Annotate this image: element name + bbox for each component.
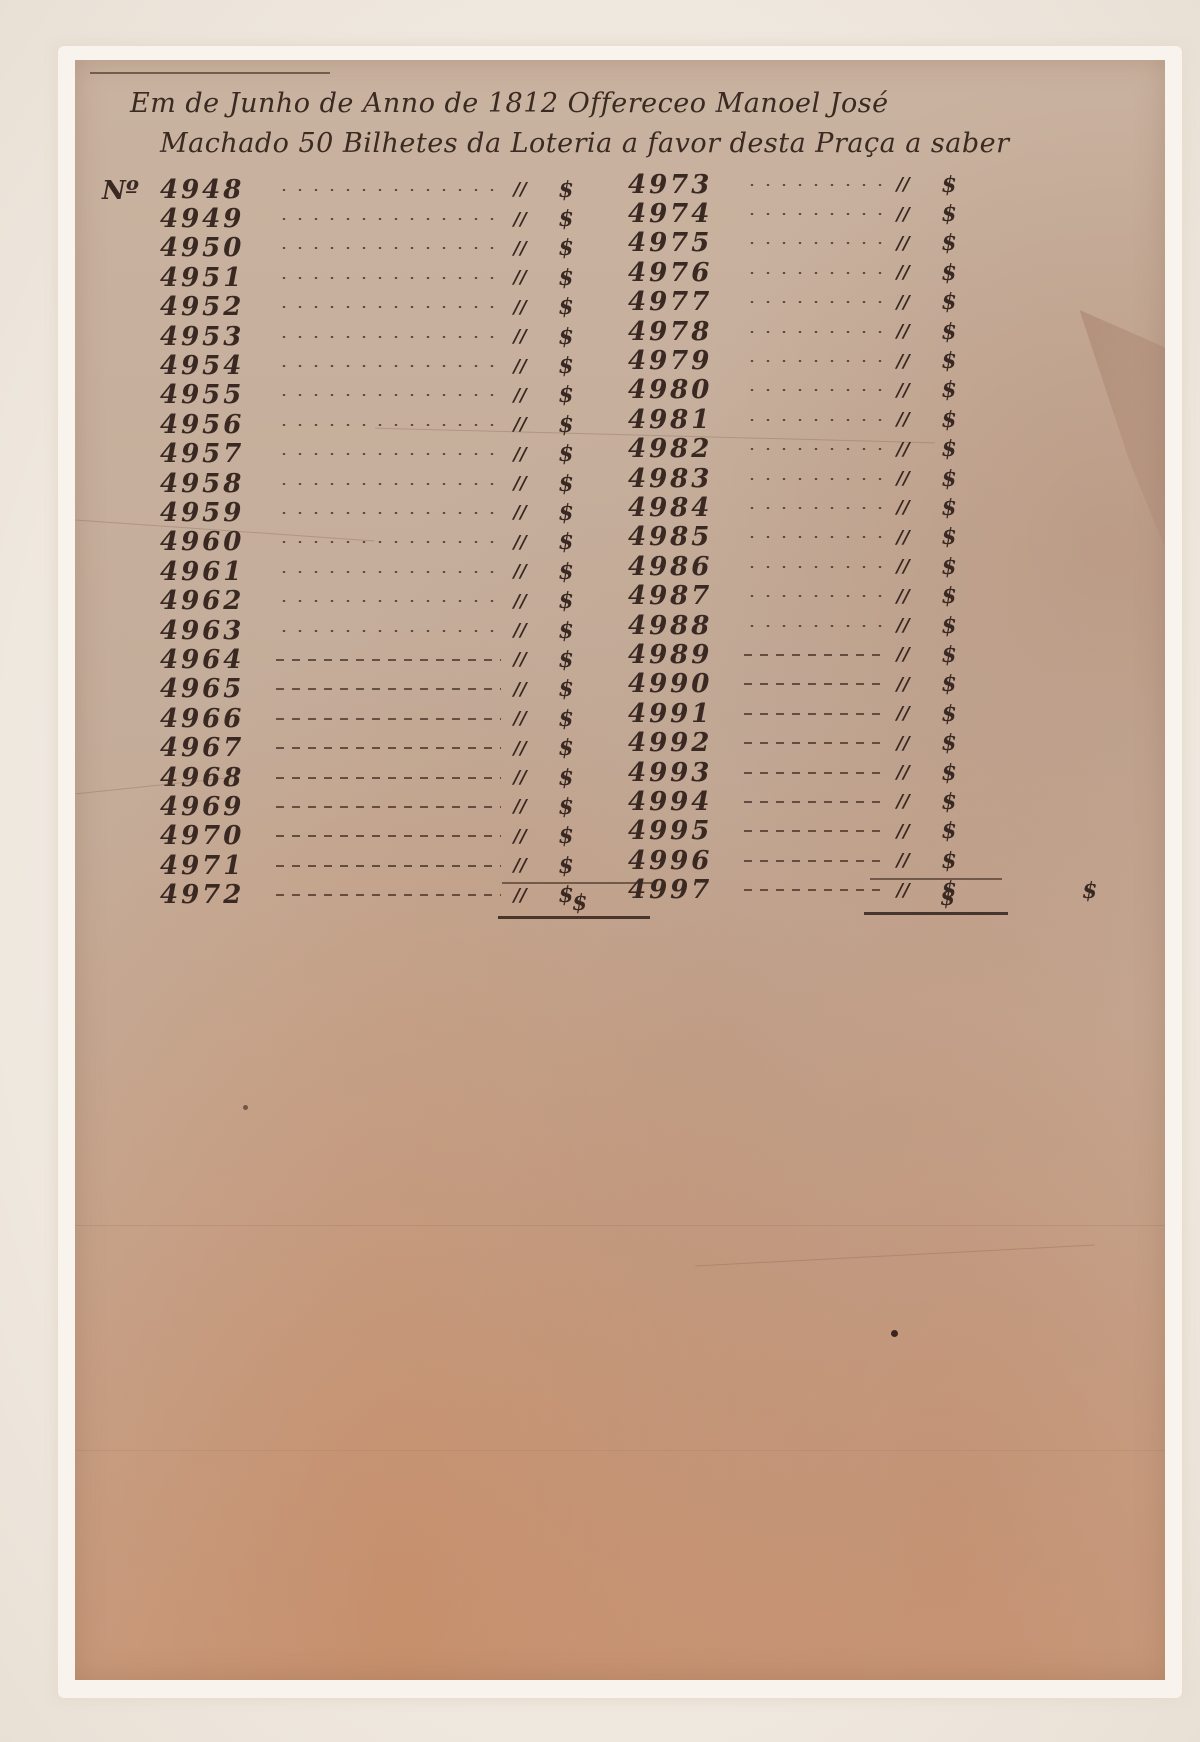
- currency-mark: $: [936, 495, 962, 521]
- dotted-leader: [276, 247, 501, 249]
- dotted-leader: [276, 394, 501, 396]
- currency-mark: $: [936, 289, 962, 315]
- ticket-number: 4969: [160, 792, 270, 822]
- crease-line: [75, 1225, 1165, 1226]
- ditto-mark: //: [507, 679, 533, 700]
- dotted-leader: [276, 777, 501, 779]
- ticket-number: 4989: [628, 640, 738, 670]
- ditto-mark: //: [507, 356, 533, 377]
- dotted-leader: [276, 541, 501, 543]
- dotted-leader: [744, 742, 884, 744]
- right-subtotal-rule: [870, 878, 1002, 880]
- dotted-leader: [276, 336, 501, 338]
- currency-mark: $: [553, 588, 579, 614]
- ditto-mark: //: [890, 644, 916, 665]
- currency-mark: $: [553, 823, 579, 849]
- ledger-row: 4980 // $: [628, 376, 962, 405]
- ticket-number: 4985: [628, 522, 738, 552]
- dotted-leader: [276, 277, 501, 279]
- ledger-row: 4969 // $: [160, 792, 579, 821]
- ditto-mark: //: [890, 733, 916, 754]
- currency-mark: $: [936, 818, 962, 844]
- ditto-mark: //: [890, 439, 916, 460]
- ledger-row: 4958 // $: [160, 469, 579, 498]
- ink-spot: [891, 1330, 898, 1337]
- currency-mark: $: [936, 642, 962, 668]
- ditto-mark: //: [507, 209, 533, 230]
- ticket-number: 4957: [160, 439, 270, 469]
- ledger-row: 4976 // $: [628, 258, 962, 287]
- ditto-mark: //: [507, 238, 533, 259]
- dotted-leader: [744, 772, 884, 774]
- ditto-mark: //: [890, 850, 916, 871]
- ticket-number: 4964: [160, 645, 270, 675]
- ditto-mark: //: [890, 321, 916, 342]
- ledger-row: 4986 // $: [628, 552, 962, 581]
- grand-total-mark: $: [1082, 878, 1097, 904]
- ticket-number: 4959: [160, 498, 270, 528]
- ledger-row: 4979 // $: [628, 346, 962, 375]
- dotted-leader: [744, 683, 884, 685]
- currency-mark: $: [936, 436, 962, 462]
- dotted-leader: [744, 830, 884, 832]
- ditto-mark: //: [507, 414, 533, 435]
- ledger-row: 4949 // $: [160, 204, 579, 233]
- ticket-number: 4983: [628, 464, 738, 494]
- currency-mark: $: [936, 466, 962, 492]
- ticket-number: 4962: [160, 586, 270, 616]
- left-total-rule: [498, 916, 650, 919]
- currency-mark: $: [553, 765, 579, 791]
- currency-mark: $: [936, 671, 962, 697]
- ticket-number: 4972: [160, 880, 270, 910]
- dotted-leader: [276, 218, 501, 220]
- dotted-leader: [276, 630, 501, 632]
- dotted-leader: [276, 424, 501, 426]
- currency-mark: $: [936, 848, 962, 874]
- currency-mark: $: [553, 559, 579, 585]
- ink-spot: [243, 1105, 248, 1110]
- top-ink-rule: [90, 72, 330, 74]
- dotted-leader: [744, 301, 884, 303]
- ledger-row: 4960 // $: [160, 528, 579, 557]
- crease-line: [695, 1245, 1095, 1267]
- ledger-row: 4966 // $: [160, 704, 579, 733]
- dotted-leader: [744, 184, 884, 186]
- ledger-row: 4957 // $: [160, 440, 579, 469]
- ditto-mark: //: [507, 561, 533, 582]
- ticket-number: 4963: [160, 616, 270, 646]
- dotted-leader: [276, 512, 501, 514]
- ticket-number: 4958: [160, 469, 270, 499]
- dotted-leader: [276, 365, 501, 367]
- dotted-leader: [276, 688, 501, 690]
- ticket-number: 4990: [628, 669, 738, 699]
- currency-mark: $: [936, 407, 962, 433]
- ledger-row: 4968 // $: [160, 763, 579, 792]
- ledger-row: 4985 // $: [628, 523, 962, 552]
- dotted-leader: [276, 453, 501, 455]
- ditto-mark: //: [507, 649, 533, 670]
- ledger-row: 4948 // $: [160, 175, 579, 204]
- ticket-number: 4968: [160, 763, 270, 793]
- currency-mark: $: [553, 500, 579, 526]
- currency-mark: $: [936, 554, 962, 580]
- ticket-number: 4995: [628, 816, 738, 846]
- ditto-mark: //: [507, 708, 533, 729]
- currency-mark: $: [936, 701, 962, 727]
- ticket-number: 4950: [160, 233, 270, 263]
- currency-mark: $: [936, 524, 962, 550]
- ticket-number: 4960: [160, 527, 270, 557]
- currency-mark: $: [553, 735, 579, 761]
- ledger-row: 4961 // $: [160, 557, 579, 586]
- ditto-mark: //: [890, 233, 916, 254]
- dotted-leader: [744, 801, 884, 803]
- currency-mark: $: [553, 706, 579, 732]
- ditto-mark: //: [890, 791, 916, 812]
- currency-mark: $: [553, 529, 579, 555]
- ticket-number: 4986: [628, 552, 738, 582]
- ditto-mark: //: [890, 292, 916, 313]
- ditto-mark: //: [890, 380, 916, 401]
- dotted-leader: [276, 571, 501, 573]
- ticket-number: 4974: [628, 199, 738, 229]
- dotted-leader: [744, 860, 884, 862]
- ditto-mark: //: [507, 473, 533, 494]
- ditto-mark: //: [890, 527, 916, 548]
- currency-mark: $: [553, 676, 579, 702]
- ticket-number: 4955: [160, 380, 270, 410]
- ticket-number: 4953: [160, 322, 270, 352]
- currency-mark: $: [553, 412, 579, 438]
- ledger-row: 4977 // $: [628, 288, 962, 317]
- currency-mark: $: [553, 618, 579, 644]
- ledger-row: 4950 // $: [160, 234, 579, 263]
- currency-mark: $: [553, 471, 579, 497]
- ledger-row: 4974 // $: [628, 199, 962, 228]
- left-total-mark: $: [572, 890, 587, 916]
- currency-mark: $: [936, 760, 962, 786]
- dotted-leader: [744, 536, 884, 538]
- ledger-row: 4993 // $: [628, 758, 962, 787]
- currency-mark: $: [553, 324, 579, 350]
- dotted-leader: [744, 272, 884, 274]
- ledger-row: 4975 // $: [628, 229, 962, 258]
- right-ticket-column: 4973 // $ 4974 // $ 4975 // $ 4976 // $ …: [628, 170, 962, 905]
- ledger-row: 4955 // $: [160, 381, 579, 410]
- ticket-number: 4979: [628, 346, 738, 376]
- ledger-row: 4967 // $: [160, 733, 579, 762]
- ledger-row: 4954 // $: [160, 351, 579, 380]
- ledger-row: 4984 // $: [628, 493, 962, 522]
- currency-mark: $: [553, 441, 579, 467]
- currency-mark: $: [936, 260, 962, 286]
- ledger-row: 4951 // $: [160, 263, 579, 292]
- ticket-number: 4978: [628, 317, 738, 347]
- ledger-row: 4963 // $: [160, 616, 579, 645]
- ditto-mark: //: [890, 468, 916, 489]
- dotted-leader: [744, 478, 884, 480]
- currency-mark: $: [936, 172, 962, 198]
- ledger-row: 4978 // $: [628, 317, 962, 346]
- ledger-row: 4991 // $: [628, 699, 962, 728]
- ledger-row: 4982 // $: [628, 435, 962, 464]
- ledger-row: 4964 // $: [160, 645, 579, 674]
- ledger-row: 4973 // $: [628, 170, 962, 199]
- currency-mark: $: [936, 201, 962, 227]
- ditto-mark: //: [890, 821, 916, 842]
- dotted-leader: [744, 595, 884, 597]
- ticket-number: 4971: [160, 851, 270, 881]
- dotted-leader: [744, 360, 884, 362]
- ticket-number: 4952: [160, 292, 270, 322]
- right-total-rule: [864, 912, 1008, 915]
- ditto-mark: //: [507, 385, 533, 406]
- ditto-mark: //: [507, 444, 533, 465]
- ticket-number: 4988: [628, 611, 738, 641]
- dotted-leader: [744, 389, 884, 391]
- ledger-row: 4981 // $: [628, 405, 962, 434]
- ledger-row: 4995 // $: [628, 817, 962, 846]
- currency-mark: $: [553, 794, 579, 820]
- ditto-mark: //: [890, 615, 916, 636]
- ditto-mark: //: [507, 502, 533, 523]
- ditto-mark: //: [890, 556, 916, 577]
- ledger-row: 4988 // $: [628, 611, 962, 640]
- dotted-leader: [276, 600, 501, 602]
- ditto-mark: //: [890, 497, 916, 518]
- currency-mark: $: [936, 377, 962, 403]
- ticket-number: 4965: [160, 674, 270, 704]
- ditto-mark: //: [890, 174, 916, 195]
- currency-mark: $: [553, 265, 579, 291]
- currency-mark: $: [553, 353, 579, 379]
- number-prefix: Nº: [102, 176, 139, 206]
- ditto-mark: //: [890, 762, 916, 783]
- dotted-leader: [276, 865, 501, 867]
- ticket-number: 4956: [160, 410, 270, 440]
- dotted-leader: [744, 331, 884, 333]
- ledger-row: 4962 // $: [160, 586, 579, 615]
- ledger-row: 4996 // $: [628, 846, 962, 875]
- ticket-number: 4973: [628, 170, 738, 200]
- ditto-mark: //: [507, 620, 533, 641]
- ticket-number: 4977: [628, 287, 738, 317]
- ticket-number: 4992: [628, 728, 738, 758]
- ticket-number: 4951: [160, 263, 270, 293]
- ditto-mark: //: [507, 885, 533, 906]
- currency-mark: $: [553, 853, 579, 879]
- ledger-row: 4990 // $: [628, 670, 962, 699]
- dotted-leader: [744, 713, 884, 715]
- dotted-leader: [744, 448, 884, 450]
- ticket-number: 4948: [160, 175, 270, 205]
- ditto-mark: //: [507, 267, 533, 288]
- ticket-number: 4993: [628, 758, 738, 788]
- dotted-leader: [276, 659, 501, 661]
- paper-tear: [1075, 310, 1165, 560]
- ditto-mark: //: [507, 826, 533, 847]
- ticket-number: 4982: [628, 434, 738, 464]
- ledger-row: 4987 // $: [628, 581, 962, 610]
- ditto-mark: //: [507, 297, 533, 318]
- ledger-row: 4989 // $: [628, 640, 962, 669]
- ditto-mark: //: [507, 591, 533, 612]
- ledger-row: 4971 // $: [160, 851, 579, 880]
- ditto-mark: //: [890, 880, 916, 901]
- ditto-mark: //: [890, 204, 916, 225]
- ditto-mark: //: [890, 674, 916, 695]
- left-subtotal-rule: [502, 882, 652, 884]
- dotted-leader: [276, 189, 501, 191]
- ledger-row: 4983 // $: [628, 464, 962, 493]
- ditto-mark: //: [507, 326, 533, 347]
- ditto-mark: //: [507, 532, 533, 553]
- ticket-number: 4970: [160, 821, 270, 851]
- currency-mark: $: [553, 647, 579, 673]
- right-total-mark: $: [940, 885, 955, 911]
- ticket-number: 4954: [160, 351, 270, 381]
- dotted-leader: [744, 566, 884, 568]
- ditto-mark: //: [507, 179, 533, 200]
- ditto-mark: //: [507, 855, 533, 876]
- dotted-leader: [276, 894, 501, 896]
- left-ticket-column: 4948 // $ 4949 // $ 4950 // $ 4951 // $ …: [160, 175, 579, 910]
- dotted-leader: [744, 507, 884, 509]
- dotted-leader: [744, 889, 884, 891]
- currency-mark: $: [553, 294, 579, 320]
- currency-mark: $: [553, 382, 579, 408]
- ledger-row: 4965 // $: [160, 675, 579, 704]
- ledger-row: 4992 // $: [628, 728, 962, 757]
- ditto-mark: //: [890, 703, 916, 724]
- ledger-row: 4970 // $: [160, 822, 579, 851]
- ditto-mark: //: [890, 351, 916, 372]
- ditto-mark: //: [890, 586, 916, 607]
- currency-mark: $: [936, 789, 962, 815]
- dotted-leader: [744, 213, 884, 215]
- ditto-mark: //: [507, 738, 533, 759]
- dotted-leader: [744, 419, 884, 421]
- currency-mark: $: [936, 730, 962, 756]
- currency-mark: $: [553, 235, 579, 261]
- dotted-leader: [744, 242, 884, 244]
- dotted-leader: [276, 806, 501, 808]
- currency-mark: $: [553, 177, 579, 203]
- currency-mark: $: [936, 583, 962, 609]
- ticket-number: 4980: [628, 375, 738, 405]
- currency-mark: $: [936, 348, 962, 374]
- dotted-leader: [276, 835, 501, 837]
- dotted-leader: [744, 625, 884, 627]
- ticket-number: 4994: [628, 787, 738, 817]
- ledger-row: 4959 // $: [160, 498, 579, 527]
- header-line-1: Em de Junho de Anno de 1812 Offereceo Ma…: [130, 88, 889, 119]
- ledger-row: 4952 // $: [160, 293, 579, 322]
- ledger-row: 4956 // $: [160, 410, 579, 439]
- currency-mark: $: [553, 206, 579, 232]
- ticket-number: 4996: [628, 846, 738, 876]
- ditto-mark: //: [890, 262, 916, 283]
- dotted-leader: [276, 718, 501, 720]
- ditto-mark: //: [507, 767, 533, 788]
- ticket-number: 4991: [628, 699, 738, 729]
- ticket-number: 4961: [160, 557, 270, 587]
- ticket-number: 4976: [628, 258, 738, 288]
- ticket-number: 4966: [160, 704, 270, 734]
- ticket-number: 4949: [160, 204, 270, 234]
- ledger-row: 4953 // $: [160, 322, 579, 351]
- currency-mark: $: [936, 613, 962, 639]
- dotted-leader: [276, 483, 501, 485]
- ledger-row: 4972 // $: [160, 880, 579, 909]
- dotted-leader: [276, 747, 501, 749]
- dotted-leader: [276, 306, 501, 308]
- dotted-leader: [744, 654, 884, 656]
- currency-mark: $: [936, 230, 962, 256]
- header-line-2: Machado 50 Bilhetes da Loteria a favor d…: [160, 128, 1010, 159]
- ticket-number: 4987: [628, 581, 738, 611]
- ditto-mark: //: [507, 796, 533, 817]
- ditto-mark: //: [890, 409, 916, 430]
- currency-mark: $: [936, 319, 962, 345]
- ledger-row: 4994 // $: [628, 787, 962, 816]
- ticket-number: 4984: [628, 493, 738, 523]
- crease-line: [75, 1450, 1165, 1451]
- ticket-number: 4967: [160, 733, 270, 763]
- ticket-number: 4981: [628, 405, 738, 435]
- ticket-number: 4975: [628, 228, 738, 258]
- ticket-number: 4997: [628, 875, 738, 905]
